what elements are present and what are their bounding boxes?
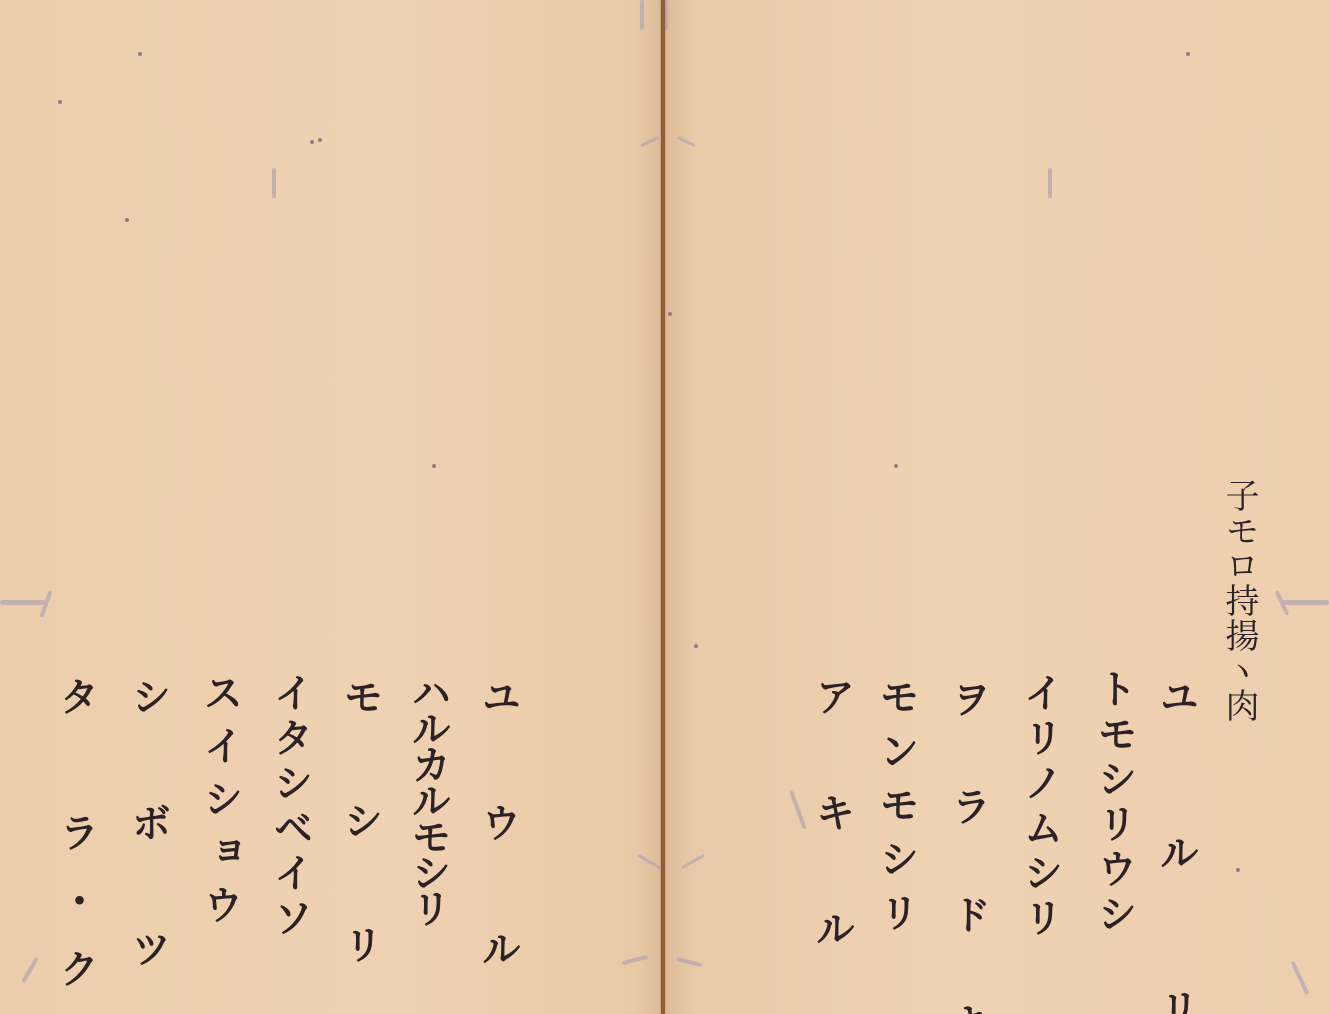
paper-speck (432, 464, 436, 468)
binding-thread-mark (0, 600, 45, 605)
right-column-3: イリノムシリ (1020, 672, 1060, 962)
binding-thread-mark (640, 0, 644, 30)
binding-thread-mark (676, 957, 702, 968)
binding-thread-mark (681, 854, 705, 870)
paper-speck (58, 100, 62, 104)
binding-thread-mark (789, 791, 806, 830)
left-column-3: モ シ リ カ (340, 676, 380, 956)
paper-speck (694, 644, 698, 648)
paper-speck (138, 52, 142, 56)
paper-speck (1236, 868, 1240, 872)
left-column-1: ユ ウ ル (478, 676, 518, 956)
binding-thread-mark (1291, 961, 1310, 995)
right-column-4: ヲ ラ ド キ (948, 678, 988, 958)
left-column-4: イタシベイソ (270, 672, 310, 962)
binding-thread-mark (640, 136, 659, 147)
paper-speck (894, 464, 898, 468)
paper-speck (318, 138, 322, 142)
paper-speck (1186, 52, 1190, 56)
left-page: ユ ウ ル ハルカルモシリ モ シ リ カ イタシベイソ スイショウ シ ボ ツ… (0, 0, 662, 1014)
binding-thread-mark (1282, 600, 1329, 605)
paper-speck (125, 218, 129, 222)
paper-speck (668, 312, 672, 316)
binding-thread-mark (21, 957, 38, 983)
paper-speck (310, 140, 314, 144)
right-column-6: ア キ ル 、 (812, 676, 852, 956)
right-column-1: ユ ル リ (1156, 676, 1196, 956)
binding-thread-mark (1048, 168, 1052, 198)
right-column-5: モンモシリ (876, 676, 916, 956)
binding-thread-mark (676, 136, 695, 147)
section-title: 子モロ持揚ヽ肉 (1222, 478, 1256, 748)
binding-thread-mark (637, 854, 661, 870)
book-spread: ユ ウ ル ハルカルモシリ モ シ リ カ イタシベイソ スイショウ シ ボ ツ… (0, 0, 1329, 1014)
right-page: 子モロ持揚ヽ肉 ユ ル リ トモシリウシ イリノムシリ ヲ ラ ド キ モンモシ… (666, 0, 1329, 1014)
left-column-6: シ ボ ツ (128, 676, 168, 956)
left-column-7: タ ラ・ク (56, 676, 96, 956)
left-column-2: ハルカルモシリ (408, 672, 448, 962)
binding-thread-mark (272, 168, 276, 198)
binding-thread-mark (622, 955, 648, 966)
right-column-2: トモシリウシ (1094, 668, 1134, 958)
book-spine (661, 0, 665, 1014)
left-column-5: スイショウ (200, 672, 240, 962)
